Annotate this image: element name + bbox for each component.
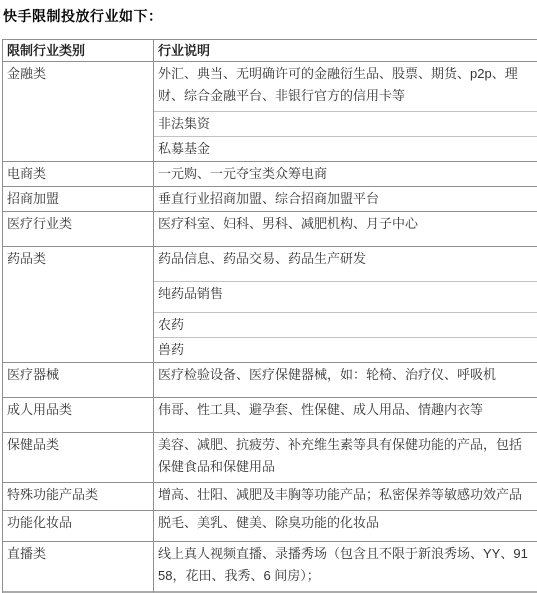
page: 快手限制投放行业如下： 限制行业类别 行业说明 金融类 外汇、典当、无明确许可的… [0,0,537,593]
table-row: 保健品类 美容、减肥、抗疲劳、补充维生素等具有保健功能的产品，包括保健食品和保健… [3,433,537,483]
description-cell: 医疗科室、妇科、男科、减肥机构、月子中心 [154,212,537,247]
category-cell-ecommerce: 电商类 [3,162,154,187]
category-cell-special-function-products: 特殊功能产品类 [3,483,154,511]
table-row: 功能化妆品 脱毛、美乳、健美、除臭功能的化妆品 [3,511,537,542]
description-cell: 非法集资 [154,112,537,137]
description-cell: 脱毛、美乳、健美、除臭功能的化妆品 [154,511,537,542]
description-cell: 线上真人视频直播、录播秀场（包含且不限于新浪秀场、YY、9158，花田、我秀、6… [154,542,537,593]
category-cell-medical-industry: 医疗行业类 [3,212,154,247]
description-cell: 外汇、典当、无明确许可的金融衍生品、股票、期货、p2p、理财、综合金融平台、非银… [154,62,537,112]
description-cell: 私募基金 [154,137,537,162]
category-cell-livestreaming: 直播类 [3,542,154,593]
table-row: 医疗行业类 医疗科室、妇科、男科、减肥机构、月子中心 [3,212,537,247]
header-category: 限制行业类别 [3,40,154,62]
table-row: 医疗器械 医疗检验设备、医疗保健器械，如：轮椅、治疗仪、呼吸机 [3,363,537,398]
description-cell: 兽药 [154,338,537,363]
category-cell-finance: 金融类 [3,62,154,162]
header-description: 行业说明 [154,40,537,62]
table-row: 直播类 线上真人视频直播、录播秀场（包含且不限于新浪秀场、YY、9158，花田、… [3,542,537,593]
category-cell-pharmaceuticals: 药品类 [3,247,154,363]
description-cell: 伟哥、性工具、避孕套、性保健、成人用品、情趣内衣等 [154,398,537,433]
description-cell: 一元购、一元夺宝类众筹电商 [154,162,537,187]
description-cell: 美容、减肥、抗疲劳、补充维生素等具有保健功能的产品，包括保健食品和保健用品 [154,433,537,483]
table-row: 特殊功能产品类 增高、壮阳、减肥及丰胸等功能产品；私密保养等敏感功效产品 [3,483,537,511]
table-row: 金融类 外汇、典当、无明确许可的金融衍生品、股票、期货、p2p、理财、综合金融平… [3,62,537,112]
description-cell: 纯药品销售 [154,282,537,313]
table-header-row: 限制行业类别 行业说明 [3,40,537,62]
table-row: 成人用品类 伟哥、性工具、避孕套、性保健、成人用品、情趣内衣等 [3,398,537,433]
category-cell-medical-devices: 医疗器械 [3,363,154,398]
category-cell-health-products: 保健品类 [3,433,154,483]
category-cell-franchise: 招商加盟 [3,187,154,212]
page-title: 快手限制投放行业如下： [3,6,537,26]
table-row: 招商加盟 垂直行业招商加盟、综合招商加盟平台 [3,187,537,212]
category-cell-adult-products: 成人用品类 [3,398,154,433]
restricted-industries-table: 限制行业类别 行业说明 金融类 外汇、典当、无明确许可的金融衍生品、股票、期货、… [2,39,537,593]
description-cell: 垂直行业招商加盟、综合招商加盟平台 [154,187,537,212]
description-cell: 医疗检验设备、医疗保健器械，如：轮椅、治疗仪、呼吸机 [154,363,537,398]
table-row: 药品类 药品信息、药品交易、药品生产研发 [3,247,537,282]
category-cell-functional-cosmetics: 功能化妆品 [3,511,154,542]
description-cell: 药品信息、药品交易、药品生产研发 [154,247,537,282]
description-cell: 农药 [154,313,537,338]
table-row: 电商类 一元购、一元夺宝类众筹电商 [3,162,537,187]
description-cell: 增高、壮阳、减肥及丰胸等功能产品；私密保养等敏感功效产品 [154,483,537,511]
